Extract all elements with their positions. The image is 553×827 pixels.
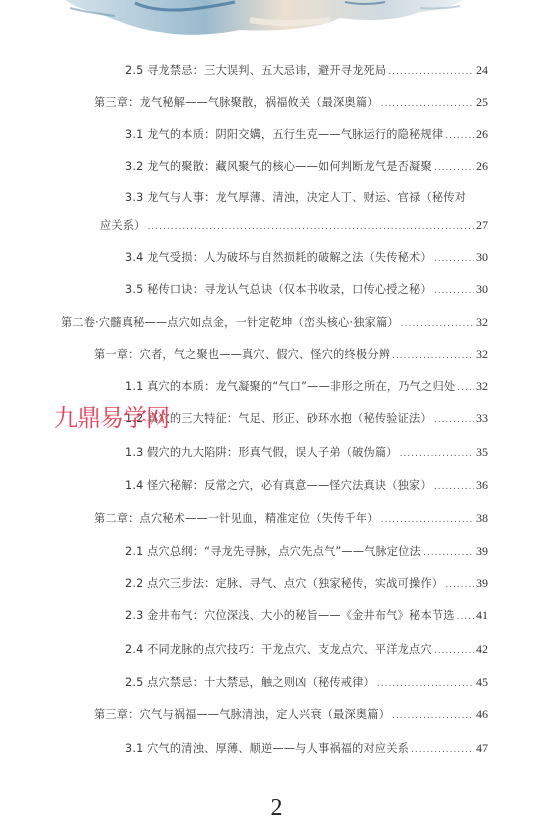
toc-entry[interactable]: 3.1 穴气的清浊、厚薄、顺逆——与人事祸福的对应关系 47 (125, 740, 488, 758)
toc-entry-page: 42 (476, 641, 488, 657)
dot-leader (392, 708, 474, 724)
toc-entry-title-line1[interactable]: 3.3 龙气与人事：龙气厚薄、清浊，决定人丁、财运、官禄（秘传对 (125, 190, 466, 206)
toc-entry[interactable]: 2.1 点穴总纲：“寻龙先寻脉，点穴先点气”——气脉定位法 39 (125, 543, 488, 561)
toc-entry-page: 39 (476, 575, 488, 591)
toc-entry[interactable]: 3.1 龙气的本质：阴阳交媾，五行生克——气脉运行的隐秘规律 26 (125, 126, 488, 144)
dot-leader (445, 128, 474, 144)
dot-leader (392, 348, 474, 364)
toc-entry[interactable]: 第二章：点穴秘术——一针见血，精准定位（失传千年） 38 (94, 510, 488, 528)
dot-leader (400, 446, 474, 462)
toc-entry-page: 38 (476, 510, 488, 526)
toc-entry[interactable]: 第三章：穴气与祸福——气脉清浊，定人兴衰（最深奥篇） 46 (94, 706, 488, 724)
watermark-text: 九鼎易学网 (54, 398, 169, 433)
toc-entry-page: 26 (476, 126, 488, 142)
dot-leader (381, 96, 474, 112)
toc-entry[interactable]: 2.4 不同龙脉的点穴技巧：干龙点穴、支龙点穴、平洋龙点穴 42 (125, 641, 488, 659)
toc-entry-title: 3.1 龙气的本质：阴阳交媾，五行生克——气脉运行的隐秘规律 (125, 127, 443, 143)
toc-entry-title: 1.3 假穴的九大陷阱：形真气假，误人子弟（破伪篇） (125, 445, 398, 461)
toc-entry-title: 2.5 寻龙禁忌：三大误判、五大忌讳，避开寻龙死局 (125, 63, 386, 79)
toc-entry-page: 27 (476, 217, 488, 233)
toc-entry-title: 2.1 点穴总纲：“寻龙先寻脉，点穴先点气”——气脉定位法 (125, 544, 421, 560)
toc-entry-title: 2.5 点穴禁忌：十大禁忌，触之则凶（秘传戒律） (125, 675, 375, 691)
toc-entry-title: 1.2 真穴的三大特征：气足、形正、砂环水抱（秘传验证法） (125, 411, 432, 427)
toc-entry-title: 第三章：穴气与祸福——气脉清浊，定人兴衰（最深奥篇） (94, 707, 390, 723)
toc-entry[interactable]: 3.2 龙气的聚散：藏风聚气的核心——如何判断龙气是否凝聚 26 (125, 158, 488, 176)
dot-leader (434, 479, 474, 495)
toc-entry-page: 33 (476, 410, 488, 426)
dot-leader (423, 545, 474, 561)
dot-leader (457, 609, 474, 625)
dot-leader (401, 316, 474, 332)
toc-entry-page: 39 (476, 543, 488, 559)
toc-entry-page: 46 (476, 706, 488, 722)
toc-entry-page: 25 (476, 94, 488, 110)
toc-entry[interactable]: 1.4 怪穴秘解：反常之穴，必有真意——怪穴法真诀（独家） 36 (125, 477, 488, 495)
toc-entry-title: 1.1 真穴的本质：龙气凝聚的“气口”——非形之所在，乃气之归处 (125, 379, 455, 395)
toc-entry-title: 3.4 龙气受损：人为破坏与自然损耗的破解之法（失传秘术） (125, 250, 432, 266)
toc-entry-title: 2.2 点穴三步法：定脉、寻气、点穴（独家秘传，实战可操作） (125, 576, 443, 592)
dot-leader (381, 512, 474, 528)
toc-entry-title: 2.3 金井布气：穴位深浅、大小的秘旨——《金井布气》秘本节选 (125, 608, 455, 624)
toc-entry[interactable]: 2.3 金井布气：穴位深浅、大小的秘旨——《金井布气》秘本节选 41 (125, 607, 488, 625)
dot-leader (434, 283, 474, 299)
dot-leader (148, 219, 474, 235)
toc-entry[interactable]: 1.3 假穴的九大陷阱：形真气假，误人子弟（破伪篇） 35 (125, 444, 488, 462)
toc-entry[interactable]: 3.4 龙气受损：人为破坏与自然损耗的破解之法（失传秘术） 30 (125, 249, 488, 267)
toc-entry-page: 32 (476, 346, 488, 362)
dot-leader (434, 251, 474, 267)
toc-entry-title: 1.4 怪穴秘解：反常之穴，必有真意——怪穴法真诀（独家） (125, 478, 432, 494)
dot-leader (411, 742, 474, 758)
toc-entry-page: 41 (476, 607, 488, 623)
dot-leader (434, 160, 474, 176)
toc-entry-title: 第三章：龙气秘解——气脉聚散，祸福攸关（最深奥篇） (94, 95, 379, 111)
toc-entry[interactable]: 应关系） 27 (100, 217, 488, 235)
dot-leader (434, 643, 474, 659)
toc-entry-title: 3.2 龙气的聚散：藏风聚气的核心——如何判断龙气是否凝聚 (125, 159, 432, 175)
toc-entry-page: 24 (476, 62, 488, 78)
toc-entry[interactable]: 第三章：龙气秘解——气脉聚散，祸福攸关（最深奥篇） 25 (94, 94, 488, 112)
page-number: 2 (0, 795, 553, 822)
toc-entry[interactable]: 1.1 真穴的本质：龙气凝聚的“气口”——非形之所在，乃气之归处 32 (125, 378, 488, 396)
toc-entry-page: 26 (476, 158, 488, 174)
toc-entry-title: 第二章：点穴秘术——一针见血，精准定位（失传千年） (94, 511, 379, 527)
toc-entry-page: 30 (476, 249, 488, 265)
toc-entry-title: 第一章：穴者，气之聚也——真穴、假穴、怪穴的终极分辨 (94, 347, 390, 363)
toc-entry-page: 32 (476, 314, 488, 330)
toc-entry[interactable]: 3.5 秘传口诀：寻龙认气总诀（仅本书收录，口传心授之秘） 30 (125, 281, 488, 299)
dot-leader (388, 64, 474, 80)
toc-entry[interactable]: 2.5 点穴禁忌：十大禁忌，触之则凶（秘传戒律） 45 (125, 674, 488, 692)
toc-entry-page: 36 (476, 477, 488, 493)
toc-entry-title: 第二卷·穴髓真秘——点穴如点金，一针定乾坤（峦头核心·独家篇） (61, 315, 399, 331)
toc-entry-title-cont: 应关系） (100, 218, 146, 234)
toc-entry[interactable]: 第一章：穴者，气之聚也——真穴、假穴、怪穴的终极分辨 32 (94, 346, 488, 364)
toc-entry-page: 35 (476, 444, 488, 460)
dot-leader (457, 380, 474, 396)
toc-entry[interactable]: 第二卷·穴髓真秘——点穴如点金，一针定乾坤（峦头核心·独家篇） 32 (61, 314, 488, 332)
toc-entry[interactable]: 2.5 寻龙禁忌：三大误判、五大忌讳，避开寻龙死局 24 (125, 62, 488, 80)
toc-entry[interactable]: 1.2 真穴的三大特征：气足、形正、砂环水抱（秘传验证法） 33 (125, 410, 488, 428)
dot-leader (434, 412, 474, 428)
toc-entry-title: 3.1 穴气的清浊、厚薄、顺逆——与人事祸福的对应关系 (125, 741, 409, 757)
toc-entry-title: 2.4 不同龙脉的点穴技巧：干龙点穴、支龙点穴、平洋龙点穴 (125, 642, 432, 658)
dot-leader (377, 676, 474, 692)
toc-entry-page: 45 (476, 674, 488, 690)
toc-entry-title: 3.5 秘传口诀：寻龙认气总诀（仅本书收录，口传心授之秘） (125, 282, 432, 298)
toc-entry-page: 47 (476, 740, 488, 756)
toc-entry-page: 30 (476, 281, 488, 297)
dot-leader (445, 577, 474, 593)
toc-entry[interactable]: 2.2 点穴三步法：定脉、寻气、点穴（独家秘传，实战可操作） 39 (125, 575, 488, 593)
toc-entry-page: 32 (476, 378, 488, 394)
